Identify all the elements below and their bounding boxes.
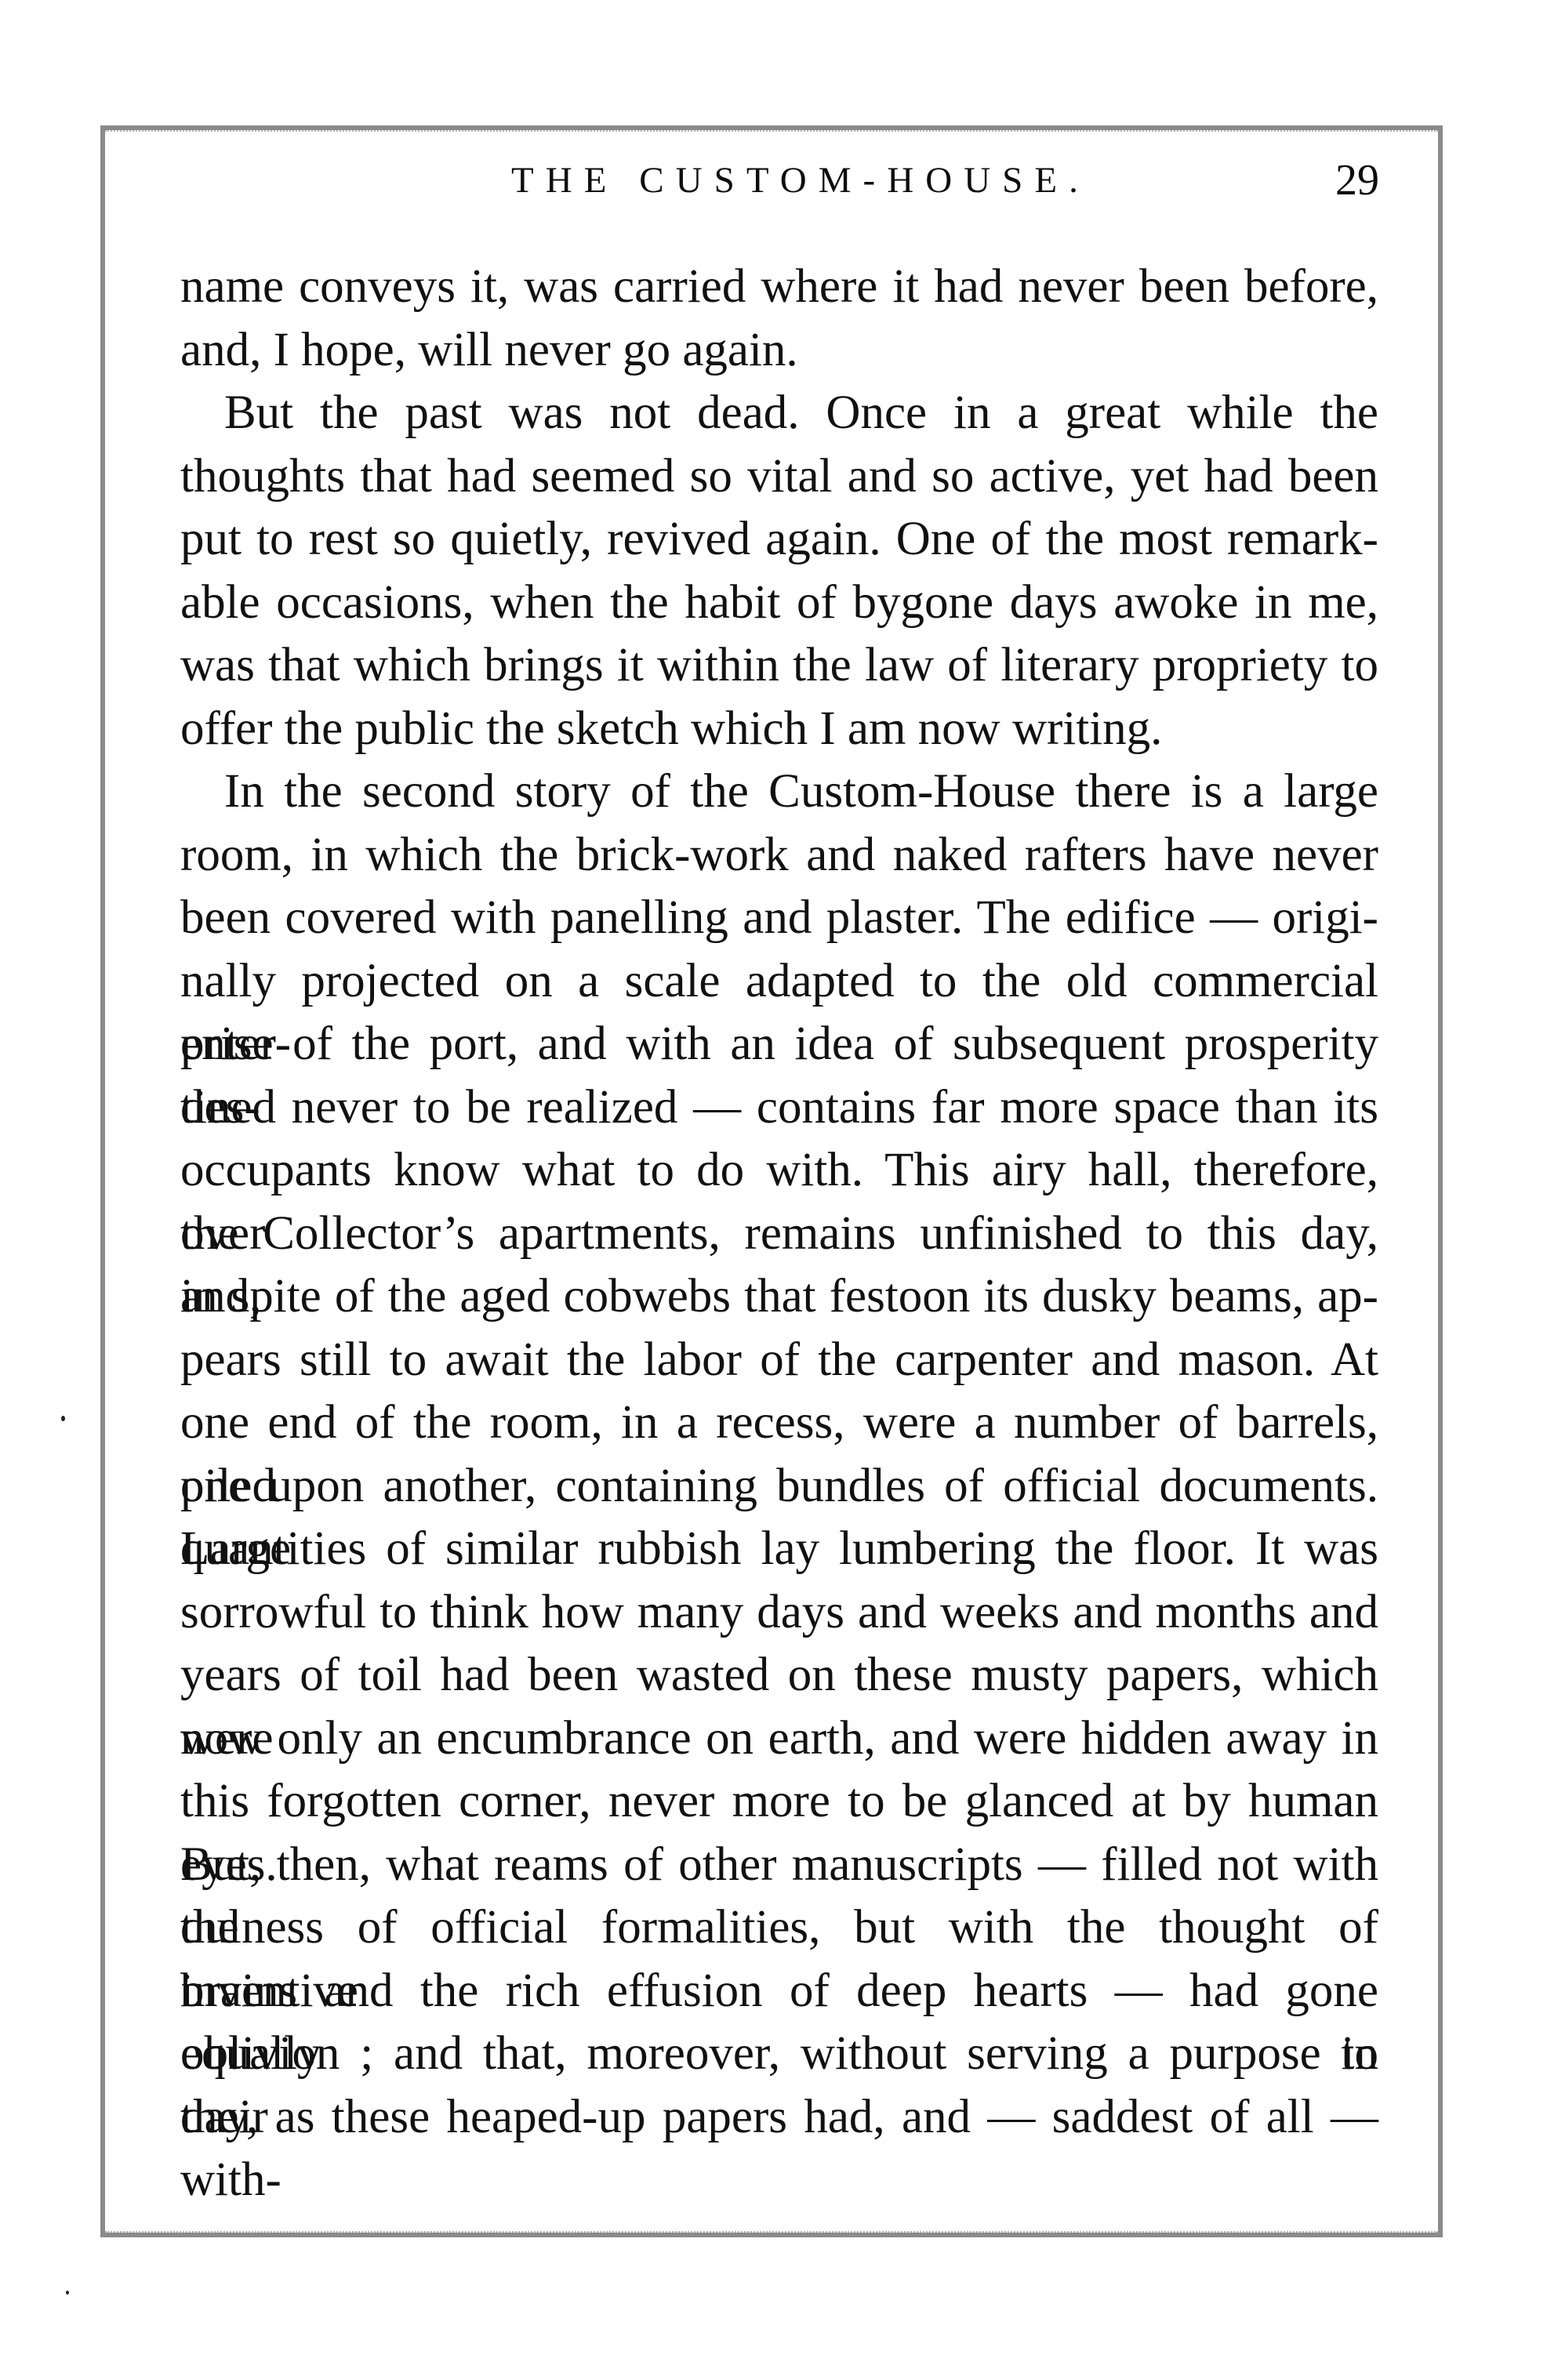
text-line: day, as these heaped-up papers had, and … <box>180 2086 1378 2150</box>
text-line: dulness of official formalities, but wit… <box>180 1896 1378 1960</box>
text-line: sorrowful to think how many days and wee… <box>180 1581 1378 1645</box>
margin-speck <box>61 1416 65 1421</box>
text-line: prise of the port, and with an idea of s… <box>180 1013 1378 1076</box>
text-line: the Collector’s apartments, remains unfi… <box>180 1203 1378 1266</box>
page-number: 29 <box>1335 157 1379 204</box>
text-line: room, in which the brick-work and naked … <box>180 824 1378 887</box>
text-line: one upon another, containing bundles of … <box>180 1455 1378 1518</box>
text-line: thoughts that had seemed so vital and so… <box>180 445 1378 509</box>
text-line: But the past was not dead. Once in a gre… <box>180 382 1378 445</box>
text-line: one end of the room, in a recess, were a… <box>180 1391 1378 1455</box>
text-line: able occasions, when the habit of bygone… <box>180 571 1378 635</box>
text-line: now only an encumbrance on earth, and we… <box>180 1707 1378 1771</box>
text-line: occupants know what to do with. This air… <box>180 1139 1378 1203</box>
margin-speck <box>66 2291 69 2295</box>
text-line: put to rest so quietly, revived again. O… <box>180 508 1378 571</box>
text-line: quantities of similar rubbish lay lumber… <box>180 1518 1378 1581</box>
text-line: But, then, what reams of other manuscrip… <box>180 1834 1378 1897</box>
text-line: offer the public the sketch which I am n… <box>180 698 1378 761</box>
text-line: and, I hope, will never go again. <box>180 319 1378 383</box>
text-line: name conveys it, was carried where it ha… <box>180 256 1378 319</box>
text-line: in spite of the aged cobwebs that festoo… <box>180 1265 1378 1329</box>
text-line: tined never to be realized — contains fa… <box>180 1076 1378 1140</box>
running-head: THE CUSTOM-HOUSE. <box>511 157 1090 204</box>
body-text: name conveys it, was carried where it ha… <box>180 256 1378 2149</box>
text-line: this forgotten corner, never more to be … <box>180 1770 1378 1834</box>
text-line: been covered with panelling and plaster.… <box>180 887 1378 950</box>
text-line: was that which brings it within the law … <box>180 634 1378 698</box>
text-line: nally projected on a scale adapted to th… <box>180 950 1378 1014</box>
text-line: oblivion ; and that, moreover, without s… <box>180 2023 1378 2086</box>
text-line: brains and the rich effusion of deep hea… <box>180 1960 1378 2023</box>
text-line: In the second story of the Custom-House … <box>180 760 1378 824</box>
text-line: years of toil had been wasted on these m… <box>180 1644 1378 1707</box>
text-line: pears still to await the labor of the ca… <box>180 1329 1378 1392</box>
